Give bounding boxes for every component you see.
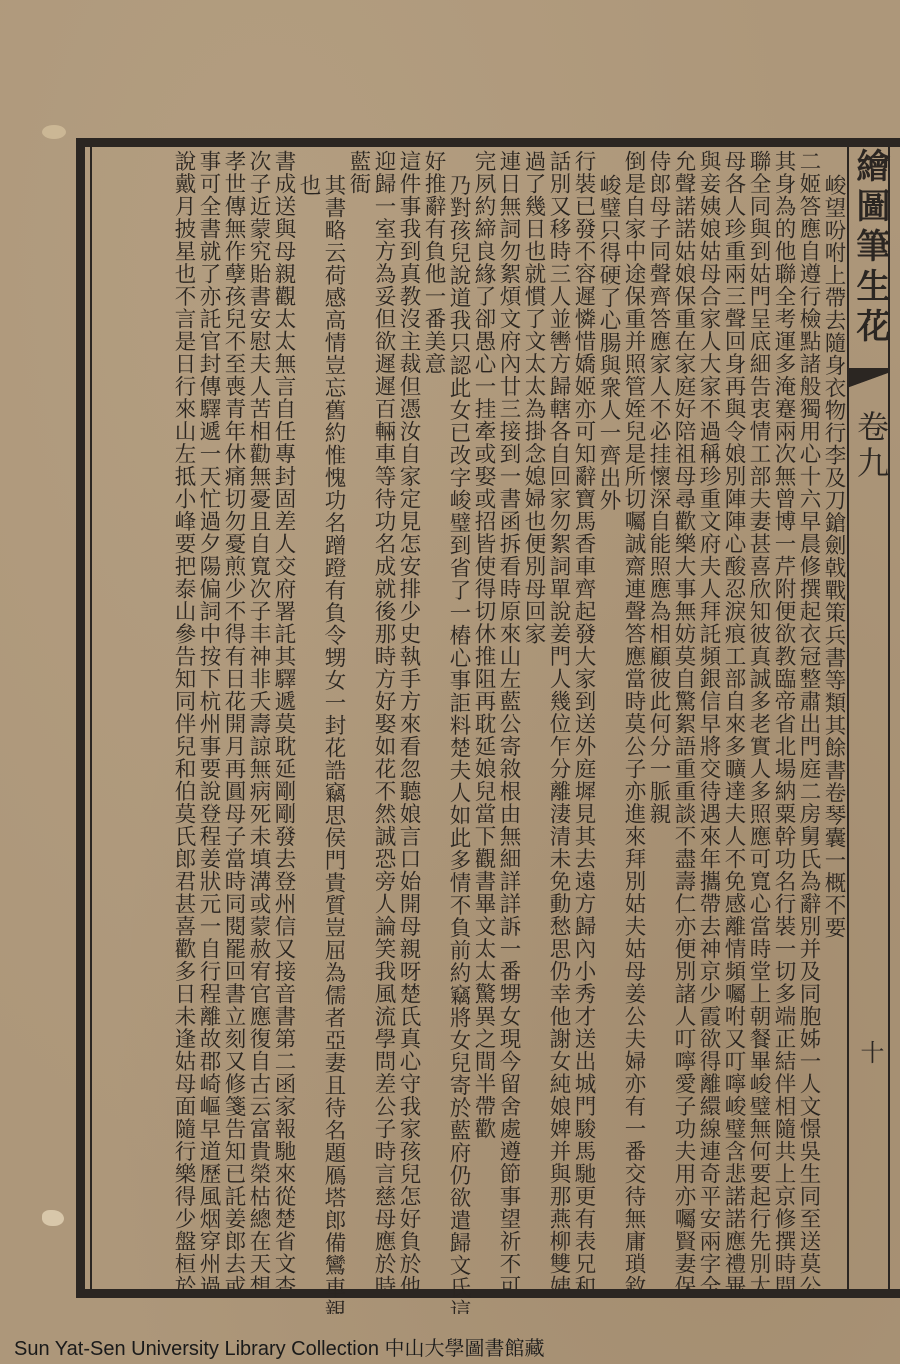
body-text: 峻望吩咐上帶去隨身衣物行李及刀鎗劍戟戰策兵書等類其餘書卷琴囊一概不要 二姬答應自… (94, 150, 846, 1290)
caption-english: Sun Yat-Sen University Library Collectio… (14, 1338, 379, 1360)
text-column: 次子近蒙究貽書安慰夫人苦相勸無憂且自寬次子丰神非夭壽諒無病死未填溝或蒙赦宥官應復… (246, 150, 271, 1290)
text-column: 二姬答應自遵行檢點諸般獨用心十六早晨修撰起衣冠整肅出門庭二房舅氏為辭別并及同胞姊… (796, 150, 821, 1290)
text-column: 乃對孩兒說道我只認此女已改字峻璧到省了一樁心事詎料楚夫人如此多情不負前約竊將女兒… (446, 150, 471, 1314)
text-column: 藍衙 (346, 150, 371, 1290)
frame-inner-rule (90, 147, 92, 1289)
text-column: 行裝已發不容遲憐惜嬌姬亦可知辭寶馬香車齊起發大家到送外庭墀見其去遠方歸內小秀才送… (571, 150, 596, 1290)
paper-damage (42, 125, 66, 139)
scanned-book-page: 繪圖筆生花 卷九 十 峻望吩咐上帶去隨身衣物行李及刀鎗劍戟戰策兵書等類其餘書卷琴… (0, 0, 900, 1364)
fishtail-mark-icon (849, 368, 888, 396)
text-column: 母各人珍重兩三聲回身再與令娘別陣陣心酸忍淚痕工部自來多曠達夫人不免感離情頻囑咐又… (721, 150, 746, 1290)
text-column: 事可全書就了亦託官封傳驛遞一天忙過夕陽偏詞中按下杭州事要說登程姜狀元一自行程離故… (196, 150, 221, 1290)
text-column: 孝世傳無作孽孩兒不至喪青年休痛切勿憂煎少不得有日花開月再圓母子當時同閱罷回書立刻… (221, 150, 246, 1290)
text-column: 峻望吩咐上帶去隨身衣物行李及刀鎗劍戟戰策兵書等類其餘書卷琴囊一概不要 (821, 150, 846, 1314)
text-column: 連日無詞勿絮煩文府內廿三接到一書函拆看時原來山左藍公寄敘根由無細詳詳訴一番甥女現… (496, 150, 521, 1290)
text-column: 話別又移時三人並轡方歸轄各自回家勿絮詞單說姜門人幾位乍分離淒清未免動愁思仍幸他謝… (546, 150, 571, 1290)
text-column: 侍郎母子同聲齊答應家人不必挂懷深自能照應為相顧彼此何分一脈親 (646, 150, 671, 1290)
folio-mark: 十 (860, 1040, 888, 1064)
text-column: 聯全同與到姑門呈底細告衷情工部夫妻甚喜欣知彼真誠多老實人多照應可寬心當時堂上朝餐… (746, 150, 771, 1290)
text-column: 也 (296, 150, 321, 1314)
text-column: 迎歸一室方為妥但欲遲遲百輛車等待功名成就後那時方好娶如花不然誠恐旁人論笑我風流學… (371, 150, 396, 1290)
library-caption: Sun Yat-Sen University Library Collectio… (14, 1332, 545, 1361)
text-column: 峻璧只得硬了心腸與衆人一齊出外 (596, 150, 621, 1314)
text-column: 完夙約締良緣了卻愚心一挂牽或娶或招皆使得切休推阻再耽延娘兒當下觀書畢文太太驚異之… (471, 150, 496, 1290)
text-column: 允聲諾諾姑娘保重在家庭好陪祖母尋歡樂大事無妨莫自驚絮語重重談不盡壽仁亦便別諸人叮… (671, 150, 696, 1290)
paper-damage (42, 1210, 64, 1226)
text-column: 過了幾日也就慣了文太太為掛念媳婦也便別母回家 (521, 150, 546, 1290)
text-column: 其身為的他聯全考運多淹蹇兩次無曾博一芹附便欲教臨帝省北場納粟幹功名行裝一切多端正… (771, 150, 796, 1290)
text-column: 好推辭有負他一番美意 (421, 150, 446, 1290)
text-column: 說戴月披星也不言是日行來山左抵小峰要把泰山參告知同伴兒和伯莫氏郎君甚喜歡多日未逢… (171, 150, 196, 1290)
center-margin-rule (847, 138, 849, 1298)
text-column: 這件事我到真教沒主裁但憑汝自家定見怎安排少史執手方來看忽聽娘言口始開母親呀楚氏真… (396, 150, 421, 1290)
text-column: 倒是自家中途保重并照管姪兒是所切囑誠齋連聲答應當時莫公子亦進來拜別姑夫姑母姜公夫… (621, 150, 646, 1290)
text-column: 與妾姨娘姑母合家人大家不過稱珍重文府夫人拜託頻銀信早將交待遇來年攜帶去神京少霞欲… (696, 150, 721, 1290)
text-column: 書成送與母親觀太太無言自任專封固差人交府署託其驛遞莫耽延剛剛發去登州信又接音書第… (271, 150, 296, 1290)
book-title: 繪圖筆生花 (852, 148, 888, 348)
text-column: 其書略云荷感高情豈忘舊約惟愧功名蹭蹬有負令甥女一封花誥竊思侯門貴質豈屈為儒者亞妻… (321, 150, 346, 1314)
volume-label: 卷九 (854, 410, 888, 482)
caption-chinese: 中山大學圖書館藏 (385, 1336, 545, 1360)
